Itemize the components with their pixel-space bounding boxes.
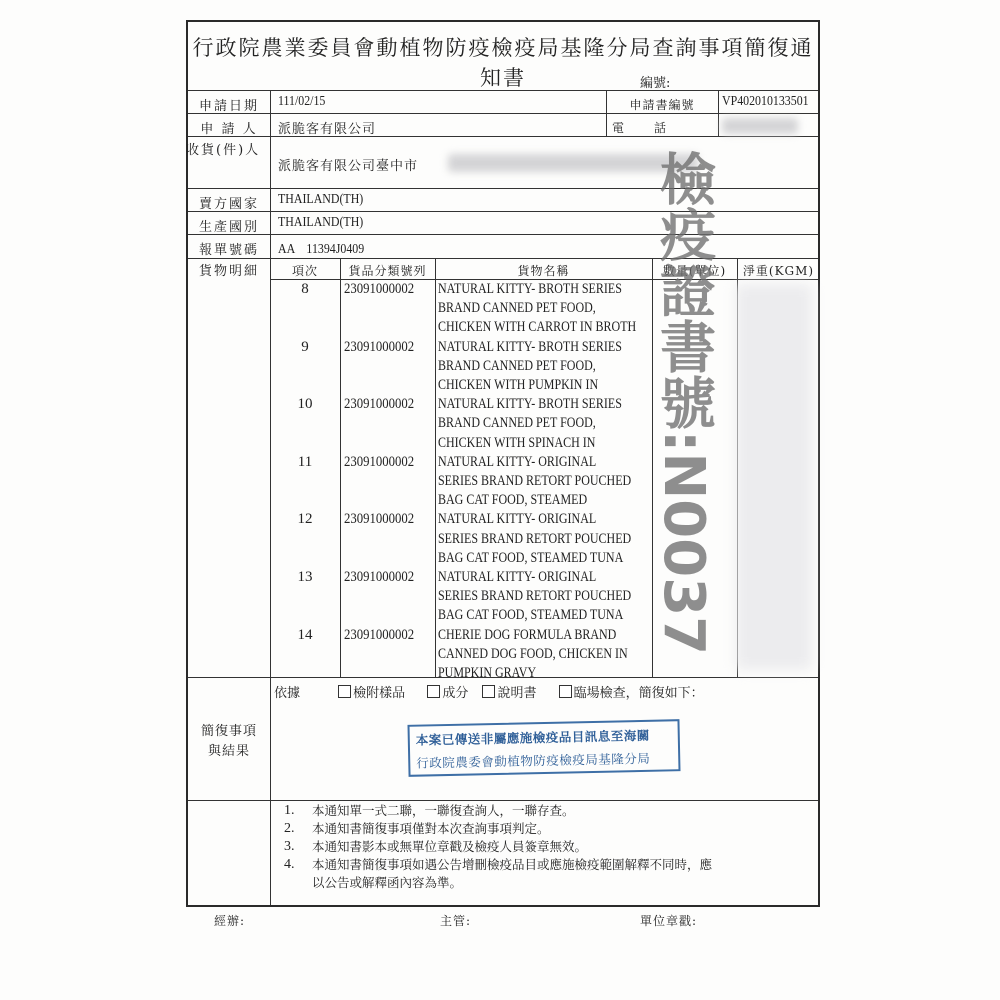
goods-name: NATURAL KITTY- BROTH SERIES BRAND CANNED…	[438, 338, 622, 396]
handler-signature-label: 經辦:	[214, 912, 245, 929]
checkbox-icon[interactable]	[559, 685, 572, 698]
supervisor-signature-label: 主管:	[440, 912, 471, 929]
divider	[188, 258, 818, 259]
application-no-label: 申請書編號	[606, 96, 718, 113]
goods-item-no: 9	[270, 339, 340, 356]
basis-row: 依據 檢附樣品 成分 說明書 臨場檢查，簡復如下：	[274, 682, 704, 701]
goods-hs-code: 23091000002	[344, 396, 414, 413]
divider	[188, 113, 818, 114]
note-item: 4.本通知書簡復事項如遇公告增刪檢疫品目或應施檢疫範圍解釋不同時，應	[284, 856, 712, 874]
goods-detail-label: 貨物明細	[188, 260, 270, 279]
goods-item-no: 14	[270, 627, 340, 644]
divider	[188, 800, 818, 801]
col-goods-name: 貨物名稱	[435, 262, 652, 279]
stamp-line-2: 行政院農委會動植物防疫檢疫局基隆分局	[416, 746, 672, 774]
consignee-value: 派脆客有限公司臺中市	[278, 155, 418, 174]
goods-name: CHERIE DOG FORMULA BRAND CANNED DOG FOOD…	[438, 626, 628, 684]
divider	[340, 258, 341, 677]
goods-name: NATURAL KITTY- BROTH SERIES BRAND CANNED…	[438, 280, 636, 338]
checkbox-ingredients[interactable]: 成分	[427, 686, 468, 701]
basis-label: 依據	[274, 686, 300, 701]
applicant-label: 申 請 人	[188, 118, 270, 137]
certificate-watermark: 檢疫證書號:N0037	[652, 150, 712, 655]
checkbox-icon[interactable]	[338, 685, 351, 698]
application-date-label: 申請日期	[188, 95, 270, 114]
declaration-no-value: AA 11394J0409	[278, 238, 364, 258]
reply-label-line1: 簡復事項	[188, 720, 270, 739]
divider	[718, 90, 719, 136]
declaration-no-label: 報單號碼	[188, 239, 270, 258]
seller-country-value: THAILAND(TH)	[278, 192, 363, 208]
col-net-weight: 淨重(KGM)	[737, 262, 820, 279]
quarantine-stamp: 本案已傳送非屬應施檢疫品目訊息至海關 行政院農委會動植物防疫檢疫局基隆分局	[407, 719, 680, 777]
checkbox-icon[interactable]	[482, 685, 495, 698]
goods-item-no: 11	[270, 454, 340, 471]
goods-item-no: 10	[270, 396, 340, 413]
divider	[270, 90, 271, 905]
divider	[188, 211, 818, 212]
quantity-weight-redacted	[736, 284, 812, 670]
goods-hs-code: 23091000002	[344, 339, 414, 356]
document-title: 行政院農業委員會動植物防疫檢疫局基隆分局查詢事項簡復通知書	[188, 32, 818, 92]
phone-label: 電 話	[612, 119, 712, 136]
goods-hs-code: 23091000002	[344, 454, 414, 471]
checkbox-manual[interactable]: 說明書	[482, 686, 536, 701]
applicant-value: 派脆客有限公司	[278, 118, 376, 137]
goods-item-no: 12	[270, 511, 340, 528]
seller-country-label: 賣方國家	[188, 193, 270, 212]
col-item-no: 項次	[270, 262, 340, 279]
serial-number-label: 編號:	[640, 72, 670, 91]
divider	[188, 188, 818, 189]
application-date-value: 111/02/15	[278, 94, 325, 110]
divider	[188, 234, 818, 235]
checkbox-onsite-inspection[interactable]: 臨場檢查	[559, 686, 626, 701]
checkbox-sample[interactable]: 檢附樣品	[338, 686, 405, 701]
reply-label-line2: 與結果	[188, 740, 270, 759]
goods-name: NATURAL KITTY- ORIGINAL SERIES BRAND RET…	[438, 510, 631, 568]
basis-suffix: ，簡復如下：	[626, 686, 704, 701]
consignee-label: 收貨(件)人	[186, 139, 260, 158]
goods-hs-code: 23091000002	[344, 281, 414, 298]
goods-hs-code: 23091000002	[344, 569, 414, 586]
origin-country-value: THAILAND(TH)	[278, 215, 363, 231]
note-item: 3.本通知書影本或無單位章戳及檢疫人員簽章無效。	[284, 838, 712, 856]
divider	[188, 90, 818, 91]
divider	[435, 258, 436, 677]
notes-list: 1.本通知單一式二聯，一聯復查詢人，一聯存查。 2.本通知書簡復事項僅對本次查詢…	[284, 802, 712, 892]
goods-hs-code: 23091000002	[344, 627, 414, 644]
checkbox-icon[interactable]	[427, 685, 440, 698]
note-item: 2.本通知書簡復事項僅對本次查詢事項判定。	[284, 820, 712, 838]
goods-item-no: 13	[270, 569, 340, 586]
origin-country-label: 生產國別	[188, 216, 270, 235]
goods-name: NATURAL KITTY- ORIGINAL SERIES BRAND RET…	[438, 453, 631, 511]
phone-redacted	[722, 118, 798, 134]
application-no-value: VP402010133501	[722, 94, 809, 110]
notice-document: 行政院農業委員會動植物防疫檢疫局基隆分局查詢事項簡復通知書 編號: 申請日期 1…	[186, 20, 820, 907]
goods-hs-code: 23091000002	[344, 511, 414, 528]
col-hs-code: 貨品分類號列	[340, 262, 435, 279]
note-item: 以公告或解釋函內容為準。	[284, 874, 712, 892]
goods-item-no: 8	[270, 281, 340, 298]
unit-seal-label: 單位章戳:	[640, 912, 697, 929]
note-item: 1.本通知單一式二聯，一聯復查詢人，一聯存查。	[284, 802, 712, 820]
goods-name: NATURAL KITTY- BROTH SERIES BRAND CANNED…	[438, 395, 622, 453]
goods-name: NATURAL KITTY- ORIGINAL SERIES BRAND RET…	[438, 568, 631, 626]
